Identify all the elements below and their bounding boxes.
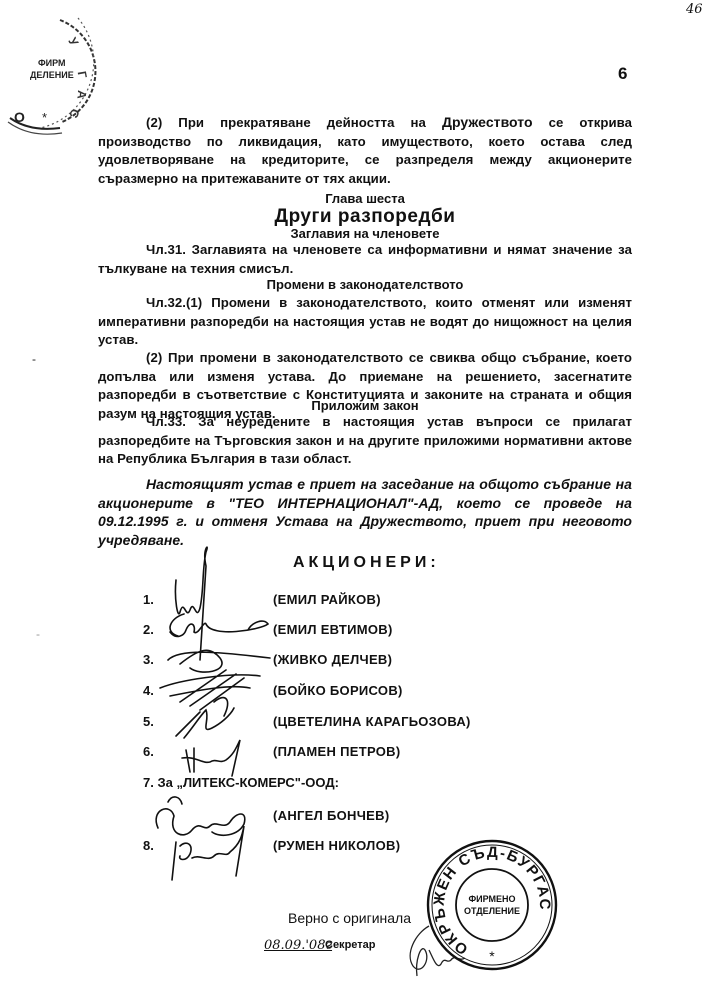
margin-mark: ‐ <box>36 627 40 641</box>
article-32-1: Чл.32.(1) Промени в законодателството, к… <box>98 294 632 350</box>
page-number: 6 <box>618 64 627 84</box>
section-heading: Промени в законодателството <box>98 277 632 292</box>
certified-true-copy-label: Верно с оригинала <box>288 910 411 926</box>
shareholder-name: (ЦВЕТЕЛИНА КАРАГЬОЗОВА) <box>273 714 471 729</box>
margin-mark: ‐ <box>32 352 36 366</box>
stamp-center-line1: ФИРМЕНО <box>468 894 515 904</box>
section-heading: Заглавия на членовете <box>98 226 632 241</box>
shareholders-title: АКЦИОНЕРИ: <box>293 554 440 572</box>
court-stamp-icon: ОКРЪЖЕН СЪД-БУРГАС ФИРМЕНО ОТДЕЛЕНИЕ * <box>422 835 562 975</box>
svg-text:*: * <box>42 110 47 125</box>
adoption-statement: Настоящият устав е приет на заседание на… <box>98 475 632 549</box>
svg-text:ДЕЛЕНИЕ: ДЕЛЕНИЕ <box>30 70 74 80</box>
signatures-icon <box>140 540 300 880</box>
certification-date: 08.09.'08г <box>264 938 332 953</box>
company-term: Дружеството <box>442 114 533 130</box>
svg-text:О: О <box>14 109 25 125</box>
stamp-center-line2: ОТДЕЛЕНИЕ <box>464 906 520 916</box>
liquidation-paragraph: (2) При прекратяване дейността на Дружес… <box>98 113 632 188</box>
chapter-label: Глава шеста <box>98 191 632 206</box>
archive-page-note: 46 <box>686 2 703 17</box>
article-33: Чл.33. За неуредените в настоящия устав … <box>98 413 632 469</box>
svg-text:*: * <box>489 948 495 964</box>
svg-text:А: А <box>74 90 89 100</box>
secretary-label: Секретар <box>325 939 375 951</box>
svg-text:У: У <box>65 35 81 49</box>
section-heading: Приложим закон <box>98 398 632 413</box>
chapter-title: Други разпоредби <box>98 206 632 228</box>
svg-text:Г: Г <box>75 70 90 79</box>
svg-text:ФИРМ: ФИРМ <box>38 58 66 68</box>
article-31: Чл.31. Заглавията на членовете са информ… <box>98 241 632 278</box>
